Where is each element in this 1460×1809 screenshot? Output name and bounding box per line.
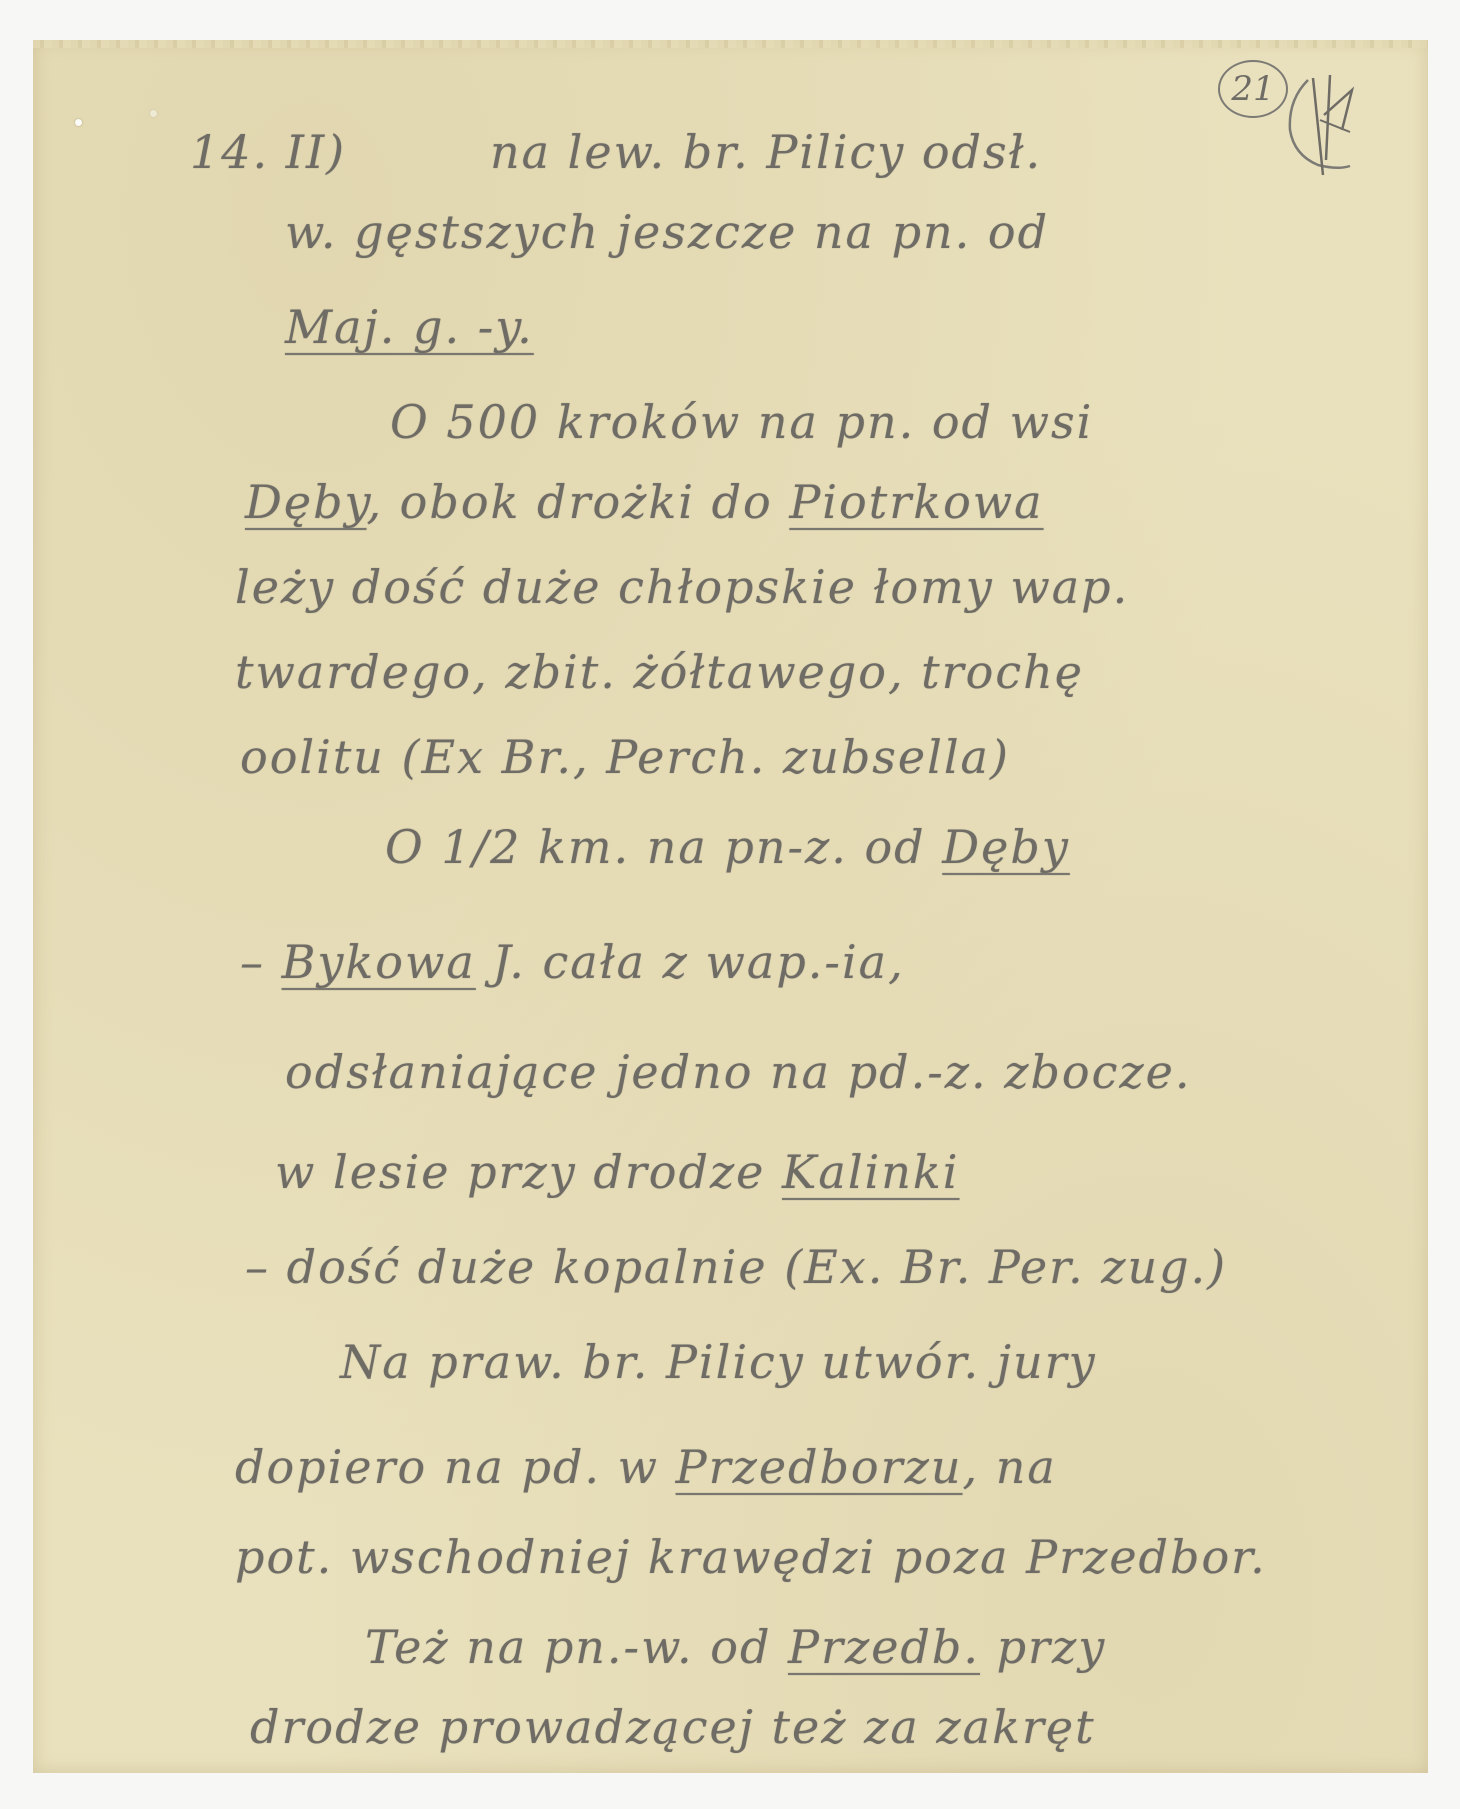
monogram-signature-icon (1278, 70, 1358, 180)
text-segment: dopiero na pd. w (235, 1440, 676, 1494)
place-name-underlined: Dęby (942, 820, 1070, 874)
place-name-underlined: Przedb. (788, 1620, 980, 1674)
text-line: pot. wschodniej krawędzi poza Przedbor. (235, 1530, 1267, 1584)
text-line: drodze prowadzącej też za zakręt (250, 1700, 1096, 1754)
text-line: w. gęstszych jeszcze na pn. od (285, 205, 1049, 259)
text-line: twardego, zbit. żółtawego, trochę (235, 645, 1084, 699)
text-segment: przy (980, 1620, 1106, 1674)
place-name-underlined: Bykowa (282, 935, 476, 989)
text-segment: , na (962, 1440, 1056, 1494)
text-segment: – (240, 935, 282, 989)
text-segment: Też na pn.-w. od (365, 1620, 788, 1674)
text-line: Na praw. br. Pilicy utwór. jury (340, 1335, 1097, 1389)
text-line: leży dość duże chłopskie łomy wap. (235, 560, 1129, 614)
text-line: dopiero na pd. w Przedborzu, na (235, 1440, 1057, 1494)
date-note: 14. II) (190, 125, 346, 179)
text-line: na lew. br. Pilicy odsł. (490, 125, 1042, 179)
text-line: – dość duże kopalnie (Ex. Br. Per. zug.) (245, 1240, 1227, 1294)
document-page (33, 40, 1428, 1773)
place-name-underlined: Dęby (245, 475, 366, 529)
place-name-underlined: Piotrkowa (789, 475, 1043, 529)
text-line: Maj. g. -y. (285, 300, 534, 354)
place-name-underlined: Przedborzu (676, 1440, 963, 1494)
place-name-underlined: Kalinki (782, 1145, 959, 1199)
text-segment: J. cała z wap.-ia, (476, 935, 905, 989)
punch-hole (75, 119, 82, 126)
text-line: O 1/2 km. na pn-z. od Dęby (385, 820, 1070, 874)
text-line: w lesie przy drodze Kalinki (275, 1145, 959, 1199)
text-line: odsłaniające jedno na pd.-z. zbocze. (285, 1045, 1191, 1099)
text-segment: w lesie przy drodze (275, 1145, 782, 1199)
text-segment: O 1/2 km. na pn-z. od (385, 820, 942, 874)
text-segment: , obok drożki do (366, 475, 789, 529)
punch-hole (150, 110, 157, 117)
text-line: O 500 kroków na pn. od wsi (390, 395, 1093, 449)
text-line: oolitu (Ex Br., Perch. zubsella) (240, 730, 1010, 784)
text-line: – Bykowa J. cała z wap.-ia, (240, 935, 905, 989)
text-line: Dęby, obok drożki do Piotrkowa (245, 475, 1044, 529)
text-line: Też na pn.-w. od Przedb. przy (365, 1620, 1106, 1674)
